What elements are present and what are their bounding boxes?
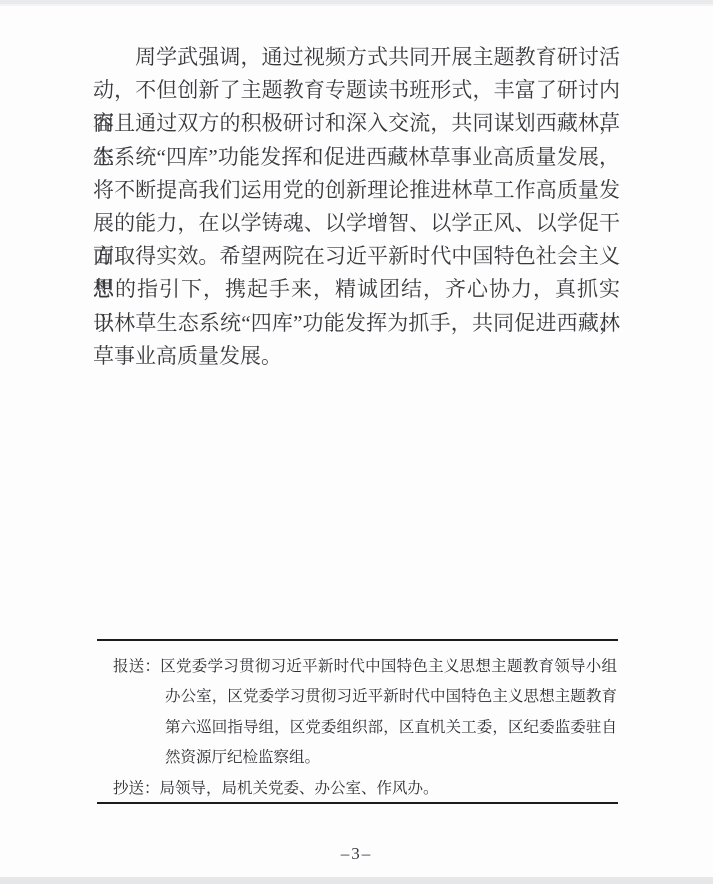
body-line: 草事业高质量发展。 [93,340,620,373]
copy-to-label: 抄送： [113,780,160,797]
separator-rule-top [97,639,618,641]
scan-edge-bottom [0,877,713,884]
report-to-line: 第六巡回指导组，区党委组织部，区直机关工委，区纪委监委驻自 [113,713,617,743]
report-to-line: 报送：区党委学习贯彻习近平新时代中国特色主义思想主题教育领导小组 [113,652,617,682]
body-line: 而且通过双方的积极研讨和深入交流，共同谋划西藏林草生 [93,107,620,140]
body-line: 态系统“四库”功能发挥和促进西藏林草事业高质量发展， [93,141,620,174]
copy-to-text: 局领导，局机关党委、办公室、作风办。 [160,780,439,797]
body-line: 周学武强调，通过视频方式共同开展主题教育研讨活 [93,41,620,74]
separator-rule-bottom [97,802,618,804]
distribution-block: 报送：区党委学习贯彻习近平新时代中国特色主义思想主题教育领导小组 办公室，区党委… [113,652,617,804]
body-line: 展的能力，在以学铸魂、以学增智、以学正风、以学促干方 [93,207,620,240]
report-to-line: 办公室，区党委学习贯彻习近平新时代中国特色主义思想主题教育 [113,682,617,712]
body-line: 面取得实效。希望两院在习近平新时代中国特色社会主义思 [93,240,620,273]
body-line: 将不断提高我们运用党的创新理论推进林草工作高质量发 [93,174,620,207]
page-number: –3– [0,844,713,864]
report-to-line: 然资源厅纪检监察组。 [113,743,617,773]
report-to-text: 区党委学习贯彻习近平新时代中国特色主义思想主题教育领导小组 [160,658,617,675]
document-body: 周学武强调，通过视频方式共同开展主题教育研讨活 动，不但创新了主题教育专题读书班… [93,41,620,373]
scan-edge-top [0,0,713,6]
copy-to-line: 抄送：局领导，局机关党委、办公室、作风办。 [113,774,617,804]
document-page: 周学武强调，通过视频方式共同开展主题教育研讨活 动，不但创新了主题教育专题读书班… [0,0,713,884]
report-to-label: 报送： [113,658,160,675]
body-line: 以林草生态系统“四库”功能发挥为抓手，共同促进西藏林 [93,307,620,340]
body-line: 动，不但创新了主题教育专题读书班形式，丰富了研讨内容， [93,74,620,107]
body-line: 想的指引下，携起手来，精诚团结，齐心协力，真抓实干， [93,273,620,306]
